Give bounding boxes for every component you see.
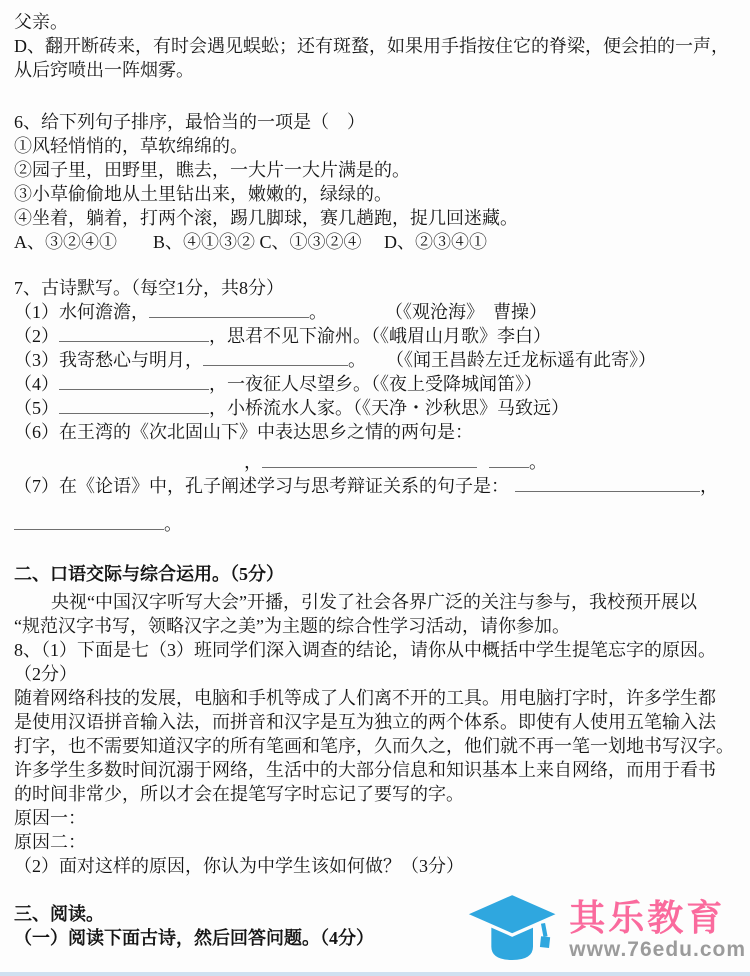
q7-item-4: （4），一夜征人尽望乡。（《夜上受降城闻笛》） xyxy=(14,372,744,396)
text-run: 父亲。 xyxy=(14,12,68,32)
q8-score: （2分） xyxy=(14,662,744,686)
text-run: 许多学生多数时间沉溺于网络，生活中的大部分信息和知识基本上来自网络，而用于看书 xyxy=(14,760,716,780)
answer-blank xyxy=(515,474,700,492)
text-run: （2）面对这样的原因，你认为中学生该如何做？（3分） xyxy=(14,856,464,876)
q8-passage-2: 是使用汉语拼音输入法，而拼音和汉字是互为独立的两个体系。即使有人使用五笔输入法 xyxy=(14,710,744,734)
q8-reason-1: 原因一： xyxy=(14,806,744,830)
document-lines: 父亲。D、翻开断砖来，有时会遇见蜈蚣；还有斑蝥，如果用手指按住它的脊梁，便会拍的… xyxy=(14,10,744,950)
text-run: 。 xyxy=(348,350,366,370)
q6-sentence-1: ①风轻悄悄的，草软绵绵的。 xyxy=(14,134,744,158)
q8-stem: 8、（1）下面是七（3）班同学们深入调查的结论，请你从中概括中学生提笔忘字的原因… xyxy=(14,638,744,662)
q6-sentence-2: ②园子里，田野里，瞧去，一大片一大片满是的。 xyxy=(14,158,744,182)
q7-item-6: （6）在王湾的《次北固山下》中表达思乡之情的两句是： xyxy=(14,420,744,444)
text-run: （1）水何澹澹， xyxy=(14,302,149,322)
q7-item-5: （5），小桥流水人家。（《天净・沙秋思》马致远） xyxy=(14,396,744,420)
text-run: （6）在王湾的《次北固山下》中表达思乡之情的两句是： xyxy=(14,422,473,442)
text-run: （4） xyxy=(14,374,59,394)
text-run: （2） xyxy=(14,326,59,346)
q7-item-3: （3）我寄愁心与明月，。（《闻王昌龄左迁龙标遥有此寄》） xyxy=(14,348,744,372)
text-run: 原因二： xyxy=(14,832,86,852)
watermark-text: 其乐教育 www.76edu.com xyxy=(569,898,746,962)
answer-blank xyxy=(59,372,209,390)
text-run: ，思君不见下渝州。（《峨眉山月歌》李白） xyxy=(209,326,551,346)
answer-blank xyxy=(262,450,477,468)
line-option-d-1: D、翻开断砖来，有时会遇见蜈蚣；还有斑蝥，如果用手指按住它的脊梁，便会拍的一声， xyxy=(14,34,744,58)
text-run: ， xyxy=(244,452,262,472)
answer-blank xyxy=(14,512,164,530)
answer-blank xyxy=(489,450,529,468)
text-run: A、③②④① B、④①③② C、①③②④ D、②③④① xyxy=(14,232,487,252)
q6-stem: 6、给下列句子排序，最恰当的一项是（ ） xyxy=(14,110,744,134)
spacer xyxy=(327,317,385,318)
text-run: ， xyxy=(700,476,718,496)
text-run: 三、阅读。 xyxy=(14,904,104,924)
text-run: 。 xyxy=(309,302,327,322)
q8-passage-1: 随着网络科技的发展，电脑和手机等成了人们离不开的工具。用电脑打字时，许多学生都 xyxy=(14,686,744,710)
q8-part-2: （2）面对这样的原因，你认为中学生该如何做？（3分） xyxy=(14,854,744,878)
text-run: ①风轻悄悄的，草软绵绵的。 xyxy=(14,136,248,156)
text-run: ②园子里，田野里，瞧去，一大片一大片满是的。 xyxy=(14,160,410,180)
text-run: （《观沧海》 曹操） xyxy=(385,302,547,322)
graduation-cap-icon xyxy=(463,890,563,970)
text-run: 。 xyxy=(164,514,182,534)
cap-tassel-end xyxy=(540,936,550,948)
text-run: （一）阅读下面古诗，然后回答问题。（4分） xyxy=(14,928,374,948)
text-run: 是使用汉语拼音输入法，而拼音和汉字是互为独立的两个体系。即使有人使用五笔输入法 xyxy=(14,712,716,732)
text-run: 从后窍喷出一阵烟雾。 xyxy=(14,60,194,80)
section-2-intro-1: 央视“中国汉字听写大会”开播，引发了社会各界广泛的关注与参与，我校预开展以 xyxy=(14,590,744,614)
answer-blank xyxy=(149,300,309,318)
text-run: 7、古诗默写。（每空1分，共8分） xyxy=(14,278,284,298)
answer-blank xyxy=(59,324,209,342)
answer-blank xyxy=(59,396,209,414)
q7-item-6-answer: ，。 xyxy=(14,450,744,474)
q6-options: A、③②④① B、④①③② C、①③②④ D、②③④① xyxy=(14,230,744,254)
text-run: 原因一： xyxy=(14,808,86,828)
text-run: ，一夜征人尽望乡。（《夜上受降城闻笛》） xyxy=(209,374,542,394)
text-run: 央视“中国汉字听写大会”开播，引发了社会各界广泛的关注与参与，我校预开展以 xyxy=(51,592,697,612)
text-run: ，小桥流水人家。（《天净・沙秋思》马致远） xyxy=(209,398,569,418)
text-run: 二、口语交际与综合运用。（5分） xyxy=(14,564,284,584)
q8-reason-2: 原因二： xyxy=(14,830,744,854)
text-run: （5） xyxy=(14,398,59,418)
q7-item-7: （7）在《论语》中，孔子阐述学习与思考辩证关系的句子是：， xyxy=(14,474,744,498)
answer-blank xyxy=(203,348,348,366)
watermark: 其乐教育 www.76edu.com xyxy=(463,890,746,970)
text-run: （2分） xyxy=(14,664,77,684)
text-run: 8、（1）下面是七（3）班同学们深入调查的结论，请你从中概括中学生提笔忘字的原因… xyxy=(14,640,716,660)
q8-passage-3: 打字，也不需要知道汉字的所有笔画和笔序，久而久之，他们就不再一笔一划地书写汉字。 xyxy=(14,734,744,758)
q7-item-2: （2），思君不见下渝州。（《峨眉山月歌》李白） xyxy=(14,324,744,348)
text-run: （《闻王昌龄左迁龙标遥有此寄》） xyxy=(386,350,656,370)
q7-stem: 7、古诗默写。（每空1分，共8分） xyxy=(14,276,744,300)
spacer xyxy=(477,467,489,468)
exam-page: 父亲。D、翻开断砖来，有时会遇见蜈蚣；还有斑蝥，如果用手指按住它的脊梁，便会拍的… xyxy=(0,0,750,950)
q6-sentence-4: ④坐着，躺着，打两个滚，踢几脚球，赛几趟跑，捉几回迷藏。 xyxy=(14,206,744,230)
q7-item-1: （1）水何澹澹，。（《观沧海》 曹操） xyxy=(14,300,744,324)
cap-tassel-cord xyxy=(543,923,546,936)
text-run: 6、给下列句子排序，最恰当的一项是（ ） xyxy=(14,112,365,132)
text-run: ③小草偷偷地从土里钻出来，嫩嫩的，绿绿的。 xyxy=(14,184,392,204)
text-run: 的时间非常少，所以才会在提笔写字时忘记了要写的字。 xyxy=(14,784,464,804)
q6-sentence-3: ③小草偷偷地从土里钻出来，嫩嫩的，绿绿的。 xyxy=(14,182,744,206)
q8-passage-4: 许多学生多数时间沉溺于网络，生活中的大部分信息和知识基本上来自网络，而用于看书 xyxy=(14,758,744,782)
section-2-intro-2: “规范汉字书写，领略汉字之美”为主题的综合性学习活动，请你参加。 xyxy=(14,614,744,638)
section-2-heading: 二、口语交际与综合运用。（5分） xyxy=(14,562,744,586)
text-run: D、翻开断砖来，有时会遇见蜈蚣；还有斑蝥，如果用手指按住它的脊梁，便会拍的一声， xyxy=(14,36,729,56)
bottom-edge-strip xyxy=(0,972,750,976)
text-run: 随着网络科技的发展，电脑和手机等成了人们离不开的工具。用电脑打字时，许多学生都 xyxy=(14,688,716,708)
text-run: “规范汉字书写，领略汉字之美”为主题的综合性学习活动，请你参加。 xyxy=(14,616,570,636)
website-url: www.76edu.com xyxy=(569,938,746,962)
q7-item-7-answer: 。 xyxy=(14,512,744,536)
q8-passage-5: 的时间非常少，所以才会在提笔写字时忘记了要写的字。 xyxy=(14,782,744,806)
text-run: ④坐着，躺着，打两个滚，踢几脚球，赛几趟跑，捉几回迷藏。 xyxy=(14,208,518,228)
brand-name: 其乐教育 xyxy=(569,898,725,938)
text-run: （3）我寄愁心与明月， xyxy=(14,350,203,370)
line-option-d-2: 从后窍喷出一阵烟雾。 xyxy=(14,58,744,82)
line-father: 父亲。 xyxy=(14,10,744,34)
spacer xyxy=(366,365,386,366)
text-run: 打字，也不需要知道汉字的所有笔画和笔序，久而久之，他们就不再一笔一划地书写汉字。 xyxy=(14,736,734,756)
text-run: 。 xyxy=(529,452,547,472)
text-run: （7）在《论语》中，孔子阐述学习与思考辩证关系的句子是： xyxy=(14,476,509,496)
